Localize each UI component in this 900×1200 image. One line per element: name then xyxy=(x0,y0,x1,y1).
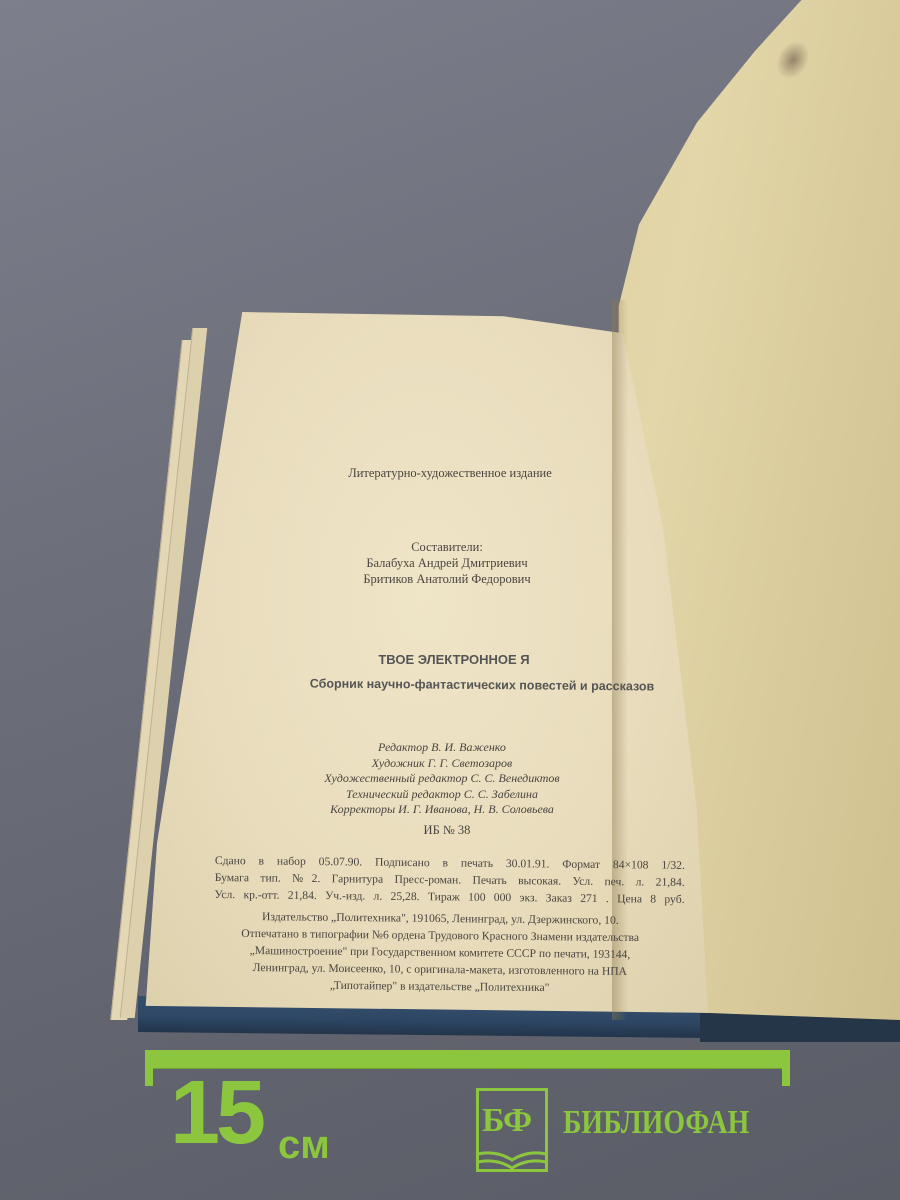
ruler-unit: см xyxy=(278,1125,330,1165)
credit-line: Художественный редактор С. С. Венедиктов xyxy=(324,771,559,787)
compiler-name: Балабуха Андрей Дмитриевич xyxy=(363,555,530,571)
publisher-block: Издательство „Политехника", 191065, Лени… xyxy=(241,908,640,997)
compilers-block: Составители: Балабуха Андрей Дмитриевич … xyxy=(363,539,530,587)
credit-line: Технический редактор С. С. Забелина xyxy=(324,787,559,803)
ruler-tick-left xyxy=(145,1050,153,1086)
compilers-label: Составители: xyxy=(363,539,530,555)
ruler-value: 15 xyxy=(170,1068,262,1158)
compiler-name: Бритиков Анатолий Федорович xyxy=(363,571,530,587)
brand-name: БИБЛИОФАН xyxy=(563,1104,749,1142)
ib-number: ИБ № 38 xyxy=(424,823,471,838)
credit-line: Корректоры И. Г. Иванова, Н. В. Соловьев… xyxy=(324,802,559,818)
genre-line: Литературно-художественное издание xyxy=(348,466,552,481)
book-title: ТВОЕ ЭЛЕКТРОННОЕ Я xyxy=(378,652,529,667)
credit-line: Редактор В. И. Важенко xyxy=(324,740,559,756)
book-subtitle: Сборник научно-фантастических повестей и… xyxy=(310,676,655,693)
credits-block: Редактор В. И. Важенко Художник Г. Г. Св… xyxy=(324,740,559,818)
print-details: Сдано в набор 05.07.90. Подписано в печа… xyxy=(214,852,685,908)
credit-line: Художник Г. Г. Светозаров xyxy=(324,756,559,772)
logo-letters: БФ xyxy=(482,1102,531,1140)
open-book-icon xyxy=(476,1150,548,1176)
ruler-tick-right xyxy=(782,1050,790,1086)
photo-scene: Литературно-художественное издание Соста… xyxy=(0,0,900,1200)
